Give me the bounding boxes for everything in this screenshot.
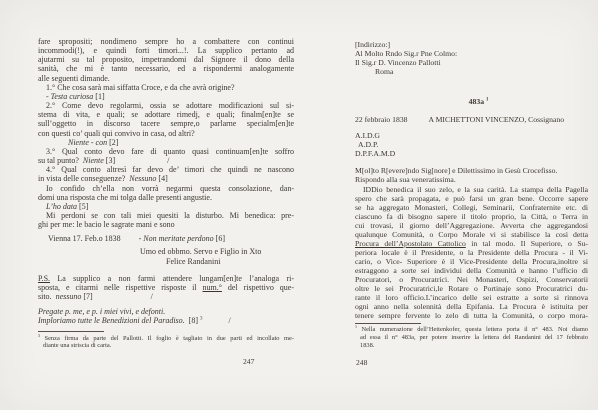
text-segment: [1] <box>93 92 104 101</box>
text-segment: nessuno <box>56 292 82 301</box>
text-line: se ha aggregato Monasteri, Collegi, Semi… <box>355 203 588 212</box>
right-page: [Indirizzo:]Al Molto Rndo Sig.r Pne Colm… <box>355 40 588 367</box>
text-segment: P.S. <box>38 274 50 283</box>
text-segment: spero che sarà propagata, e può farsi un… <box>355 194 588 203</box>
text-segment: / <box>167 156 169 165</box>
text-line: Niente - con [2] <box>38 138 294 147</box>
text-line: fare spropositi; nondimeno sempre ho a c… <box>38 37 294 46</box>
text-segment: [3] <box>104 156 115 165</box>
text-segment: sito. <box>38 292 56 301</box>
text-segment: La supplico a non farmi attendere lungam… <box>50 274 294 283</box>
text-segment: Rispondo alla sua veneratissima. <box>355 175 456 184</box>
text-line: sito. nessuno [7]/ <box>38 292 294 301</box>
text-segment: IDDio benedica il suo zelo, e la sua car… <box>363 185 588 194</box>
text-segment: Procuratori, o Procuratrici. Nei Monaste… <box>355 275 588 284</box>
text-line: qualunque Comunità, o Corpo Morale vi si… <box>355 230 588 239</box>
text-segment: su tal punto? <box>38 156 83 165</box>
text-segment: periora locale è il Presidente, o la Pre… <box>355 248 588 257</box>
text-segment: 483a <box>469 97 486 106</box>
text-segment: L’ho data <box>46 202 77 211</box>
footnotes-left: 3 Senza firma da parte del Pallotti. Il … <box>38 335 294 351</box>
text-line: sposta, e citarmi nelle rispettive rispo… <box>38 283 294 292</box>
text-segment: - Non meritate perdono <box>139 234 214 243</box>
text-segment: ad essa il n° 483a, per potere inserire … <box>360 334 588 341</box>
text-segment: Pregate p. me, e p. i miei vivi, e defon… <box>38 307 165 316</box>
footnote-divider <box>355 323 421 324</box>
text-segment: sanità, che mi è tanto necessario, ed a … <box>38 64 294 73</box>
text-segment: stema di vita, e quali; se adottare rime… <box>38 110 294 119</box>
letter-body-left: fare spropositi; nondimeno sempre ho a c… <box>38 37 294 326</box>
text-segment: Il Sig.r D. Vincenzo Pallotti <box>355 58 441 67</box>
text-line: M[ol]to R[evere]ndo Sig[nore] e Dilettis… <box>355 166 588 175</box>
text-line: Il Sig.r D. Vincenzo Pallotti <box>355 58 588 67</box>
text-segment: Nessuno <box>129 174 156 183</box>
text-line: diante una striscia di carta. <box>38 342 294 350</box>
text-line: 3.° Qual conto devo fare di quanto quasi… <box>38 147 294 156</box>
text-line: cui trovasi, il giorno dell’Aggregazione… <box>355 221 588 230</box>
text-segment: del rispettivo que- <box>222 283 294 292</box>
text-segment: Al Molto Rndo Sig.r Pne Colmo: <box>355 49 457 58</box>
text-segment: M[ol]to R[evere]ndo Sig[nore] e Dilettis… <box>355 166 557 175</box>
text-line: su tal punto? Niente [3]/ <box>38 156 294 165</box>
text-line: Al Molto Rndo Sig.r Pne Colmo: <box>355 49 588 58</box>
text-line: Procura dell’Apostolato Cattolico in tal… <box>355 239 588 248</box>
text-segment: Imploriamo tutte le Benedizioni del Para… <box>38 316 185 325</box>
text-segment: Roma <box>375 67 393 76</box>
text-line: Procuratori, o Procuratrici. Nei Monaste… <box>355 275 588 284</box>
page-number: 247 <box>243 357 294 366</box>
text-line: oltre le sei Procuratrici,le Rotare o Po… <box>355 284 588 293</box>
page-number: 248 <box>356 358 588 367</box>
text-segment: ogni anno nella solennità della Epifania… <box>355 302 588 311</box>
text-segment: Felice Randanini <box>166 257 220 266</box>
text-segment: tenere sempre fervente lo zelo di tutta … <box>355 311 588 320</box>
text-line: ghi per me: le bacio le sagrate mani e s… <box>38 220 294 229</box>
text-segment: [8] <box>185 316 200 325</box>
text-segment: cario, o Vice- Superiore è il Vice-Presi… <box>355 257 588 266</box>
text-line: Pregate p. me, e p. i miei vivi, e defon… <box>38 307 294 316</box>
text-segment: [6] <box>214 234 225 243</box>
text-segment: Niente - con <box>68 138 107 147</box>
text-segment: oltre le sei Procuratrici,le Rotare o Po… <box>355 284 588 293</box>
text-segment: [2] <box>107 138 118 147</box>
text-segment: fare spropositi; nondimeno sempre ho a c… <box>38 37 294 46</box>
text-line: periora locale è il Presidente, o la Pre… <box>355 248 588 257</box>
text-segment: 1 <box>486 98 488 103</box>
text-segment: sposta, e citarmi nelle rispettive rispo… <box>38 283 203 292</box>
text-segment: 1.° Che cosa sarà mai siffatta Croce, e … <box>46 83 235 92</box>
text-line: [Indirizzo:] <box>355 40 588 49</box>
text-segment: A.D.P. <box>358 140 378 149</box>
text-line: 22 febbraio 1838A MICHETTONI VINCENZO, C… <box>355 115 588 124</box>
text-line: 1 Nella numerazione dell’Hettenkofer, qu… <box>355 326 588 334</box>
text-line: stema di vita, e quali; se adottare rime… <box>38 110 294 119</box>
text-segment: 2.° Come devo regolarmi, ossia se adotta… <box>46 101 294 110</box>
text-line: Felice Randanini <box>38 257 294 266</box>
text-line: IDDio benedica il suo zelo, e la sua car… <box>355 185 588 194</box>
text-line: 1838. <box>355 342 588 350</box>
text-segment: in tal modo. Il Superiore, o Su- <box>466 239 588 248</box>
text-segment: / <box>151 292 153 301</box>
text-line: in vista delle conseguenze? Nessuno [4] <box>38 174 294 183</box>
text-line: tenere sempre fervente lo zelo di tutta … <box>355 311 588 320</box>
text-segment: D.P.F.A.M.D <box>355 149 395 158</box>
text-line: cario, o Vice- Superiore è il Vice-Presi… <box>355 257 588 266</box>
text-line: D.P.F.A.M.D <box>355 149 588 158</box>
text-line: estraggono a sorte sei individui della C… <box>355 266 588 275</box>
text-line: 3 Senza firma da parte del Pallotti. Il … <box>38 335 294 343</box>
text-segment: Senza firma da parte del Pallotti. Il fo… <box>40 335 294 342</box>
text-segment: incommodi(!), e quindi forti timori...!.… <box>38 46 294 55</box>
text-segment: alle seguenti dimande. <box>38 74 110 83</box>
text-line: ad essa il n° 483a, per potere inserire … <box>355 334 588 342</box>
text-segment: ajutarmi su tal proposito, impetrandomi … <box>38 55 294 64</box>
text-segment: qualunque Comunità, o Corpo Morale vi si… <box>355 230 588 239</box>
text-line: rante il loro officio.L’incarico delle s… <box>355 293 588 302</box>
text-segment: 4.° Qual conto altresì far devo de’ timo… <box>46 165 294 174</box>
text-segment: Umo ed obbmo. Servo e Figlio in Xto <box>140 247 261 256</box>
text-segment: se ha aggregato Monasteri, Collegi, Semi… <box>355 203 588 212</box>
text-line: ajutarmi su tal proposito, impetrandomi … <box>38 55 294 64</box>
text-line: Vienna 17. Feb.o 1838- Non meritate perd… <box>38 234 294 243</box>
text-line: Mi perdoni se con tali miei quesiti la d… <box>38 211 294 220</box>
text-segment: [Indirizzo:] <box>355 40 390 49</box>
text-line: 1.° Che cosa sarà mai siffatta Croce, e … <box>38 83 294 92</box>
text-segment: 3.° Qual conto devo fare di quanto quasi… <box>46 147 294 156</box>
letter-body-right: [Indirizzo:]Al Molto Rndo Sig.r Pne Colm… <box>355 40 588 320</box>
text-segment: / <box>228 316 230 325</box>
text-segment: Procura dell’Apostolato Cattolico <box>355 239 466 248</box>
text-line: spero che sarà propagata, e può farsi un… <box>355 194 588 203</box>
text-segment: 1838. <box>360 342 374 349</box>
text-line: Rispondo alla sua veneratissima. <box>355 175 588 184</box>
text-line: 4.° Qual conto altresì far devo de’ timo… <box>38 165 294 174</box>
text-segment: sull’oggetto in discorso tacere sempre,o… <box>38 119 294 128</box>
text-segment: 3 <box>200 317 202 322</box>
text-segment: A MICHETTONI VINCENZO, Cossignano <box>429 115 565 124</box>
text-segment: num.° <box>203 283 222 292</box>
text-line: Roma <box>355 67 588 76</box>
text-segment: Nella numerazione dell’Hettenkofer, ques… <box>357 326 588 333</box>
text-line: sull’oggetto in discorso tacere sempre,o… <box>38 119 294 128</box>
text-line: Io confido ch’ella non vorrà negarmi que… <box>38 184 294 193</box>
text-segment: con questi co’ quali qui convivo in casa… <box>38 129 195 138</box>
text-line: 2.° Come devo regolarmi, ossia se adotta… <box>38 101 294 110</box>
text-segment: in vista delle conseguenze? <box>38 174 129 183</box>
text-segment: Io confido ch’ella non vorrà negarmi que… <box>46 184 294 193</box>
text-segment: 22 febbraio 1838 <box>355 115 408 124</box>
text-line: sanità, che mi è tanto necessario, ed a … <box>38 64 294 73</box>
text-segment: Testa curiosa <box>51 92 94 101</box>
text-line: ogni anno nella solennità della Epifania… <box>355 302 588 311</box>
text-line: L’ho data [5] <box>38 202 294 211</box>
text-segment: [7] <box>81 292 92 301</box>
text-segment: Niente <box>83 156 104 165</box>
text-segment: [4] <box>156 174 167 183</box>
text-segment: Vienna 17. Feb.o 1838 <box>48 234 121 243</box>
text-segment: [5] <box>77 202 88 211</box>
book-spread: { "colors": { "paper": "#f2f1ed", "ink":… <box>0 0 598 410</box>
left-page: fare spropositi; nondimeno sempre ho a c… <box>38 37 294 367</box>
text-line: Imploriamo tutte le Benedizioni del Para… <box>38 316 294 325</box>
text-segment: ghi per me: le bacio le sagrate mani e s… <box>38 220 175 229</box>
footnote-divider <box>38 331 104 332</box>
text-segment: domi una risposta che mi tolga dalle pre… <box>38 193 212 202</box>
text-segment: rante il loro officio.L’incarico delle s… <box>355 293 588 302</box>
text-line: alle seguenti dimande. <box>38 74 294 83</box>
text-line: Umo ed obbmo. Servo e Figlio in Xto <box>38 247 294 256</box>
text-segment: A.I.D.G <box>355 131 380 140</box>
text-line: domi una risposta che mi tolga dalle pre… <box>38 193 294 202</box>
text-line: 483a 1 <box>355 97 588 106</box>
text-line: - Testa curiosa [1] <box>38 92 294 101</box>
text-segment: diante una striscia di carta. <box>43 342 111 349</box>
text-line: A.I.D.G <box>355 131 588 140</box>
footnotes-right: 1 Nella numerazione dell’Hettenkofer, qu… <box>355 326 588 350</box>
text-segment: ciascuno fa di bisogno sapere il titolo … <box>355 212 588 221</box>
text-line: A.D.P. <box>355 140 588 149</box>
text-segment: Mi perdoni se con tali miei quesiti la d… <box>46 211 294 220</box>
text-line: ciascuno fa di bisogno sapere il titolo … <box>355 212 588 221</box>
text-line: con questi co’ quali qui convivo in casa… <box>38 129 294 138</box>
text-line: incommodi(!), e quindi forti timori...!.… <box>38 46 294 55</box>
text-segment: estraggono a sorte sei individui della C… <box>355 266 588 275</box>
text-segment: cui trovasi, il giorno dell’Aggregazione… <box>355 221 588 230</box>
text-line: P.S. La supplico a non farmi attendere l… <box>38 274 294 283</box>
